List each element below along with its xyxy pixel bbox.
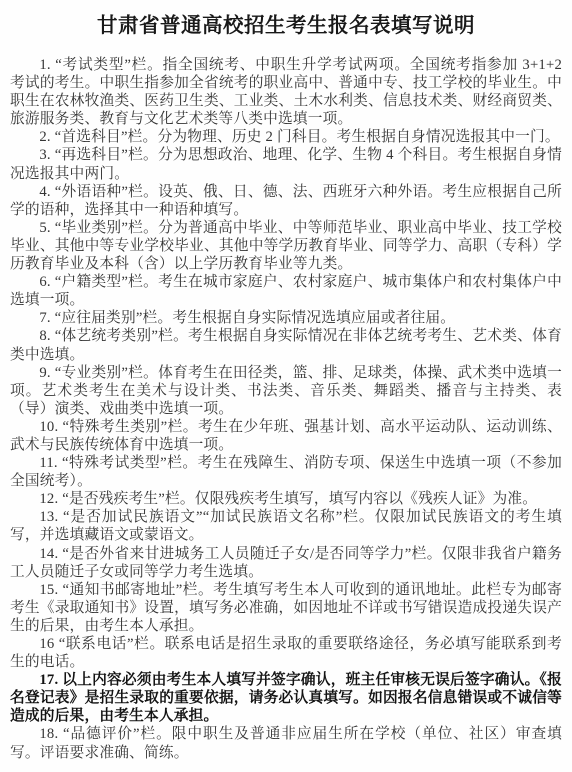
instruction-item-13: 13. “是否加试民族语文”“加试民族语文名称”栏。仅限加试民族语文的考生填写，…	[10, 508, 562, 544]
instruction-item-5: 5. “毕业类别”栏。分为普通高中毕业、中等师范毕业、职业高中毕业、技工学校毕业…	[10, 219, 562, 273]
instruction-item-17-important: 17. 以上内容必须由考生本人填写并签字确认，班主任审核无误后签字确认。《报名登…	[10, 671, 562, 725]
instruction-item-18: 18. “品德评价”栏。限中职生及普通非应届生所在学校（单位、社区）审查填写。评…	[10, 725, 562, 761]
instruction-item-15: 15. “通知书邮寄地址”栏。考生填写考生本人可收到的通讯地址。此栏专为邮寄考生…	[10, 581, 562, 635]
instruction-item-14: 14. “是否外省来甘进城务工人员随迁子女/是否同等学力”栏。仅限非我省户籍务工…	[10, 545, 562, 581]
page-title: 甘肃省普通高校招生考生报名表填写说明	[10, 13, 562, 39]
instructions-list: 1. “考试类型”栏。指全国统考、中职生升学考试两项。全国统考指参加 3+1+2…	[10, 56, 562, 762]
instruction-item-1: 1. “考试类型”栏。指全国统考、中职生升学考试两项。全国统考指参加 3+1+2…	[10, 56, 562, 128]
instruction-item-12: 12. “是否残疾考生”栏。仅限残疾考生填写，填写内容以《残疾人证》为准。	[10, 490, 562, 508]
instruction-item-16: 16 “联系电话”栏。联系电话是招生录取的重要联络途径，务必填写能联系到考生的电…	[10, 635, 562, 671]
instruction-item-11: 11. “特殊考试类型”栏。考生在残障生、消防专项、保送生中选填一项（不参加全国…	[10, 454, 562, 490]
instruction-item-8: 8. “体艺统考类别”栏。考生根据自身实际情况在非体艺统考考生、艺术类、体育类中…	[10, 327, 562, 363]
document-page: 甘肃省普通高校招生考生报名表填写说明 1. “考试类型”栏。指全国统考、中职生升…	[0, 0, 572, 772]
instruction-item-3: 3. “再选科目”栏。分为思想政治、地理、化学、生物 4 个科目。考生根据自身情…	[10, 146, 562, 182]
instruction-item-6: 6. “户籍类型”栏。考生在城市家庭户、农村家庭户、城市集体户和农村集体户中选填…	[10, 273, 562, 309]
instruction-item-9: 9. “专业类别”栏。体育考生在田径类，篮、排、足球类，体操、武术类中选填一项。…	[10, 364, 562, 418]
instruction-item-10: 10. “特殊考生类别”栏。考生在少年班、强基计划、高水平运动队、运动训练、武术…	[10, 418, 562, 454]
instruction-item-4: 4. “外语语种”栏。设英、俄、日、德、法、西班牙六种外语。考生应根据自己所学的…	[10, 183, 562, 219]
instruction-item-2: 2. “首选科目”栏。分为物理、历史 2 门科目。考生根据自身情况选报其中一门。	[10, 128, 562, 146]
instruction-item-7: 7. “应往届类别”栏。考生根据自身实际情况选填应届或者往届。	[10, 309, 562, 327]
